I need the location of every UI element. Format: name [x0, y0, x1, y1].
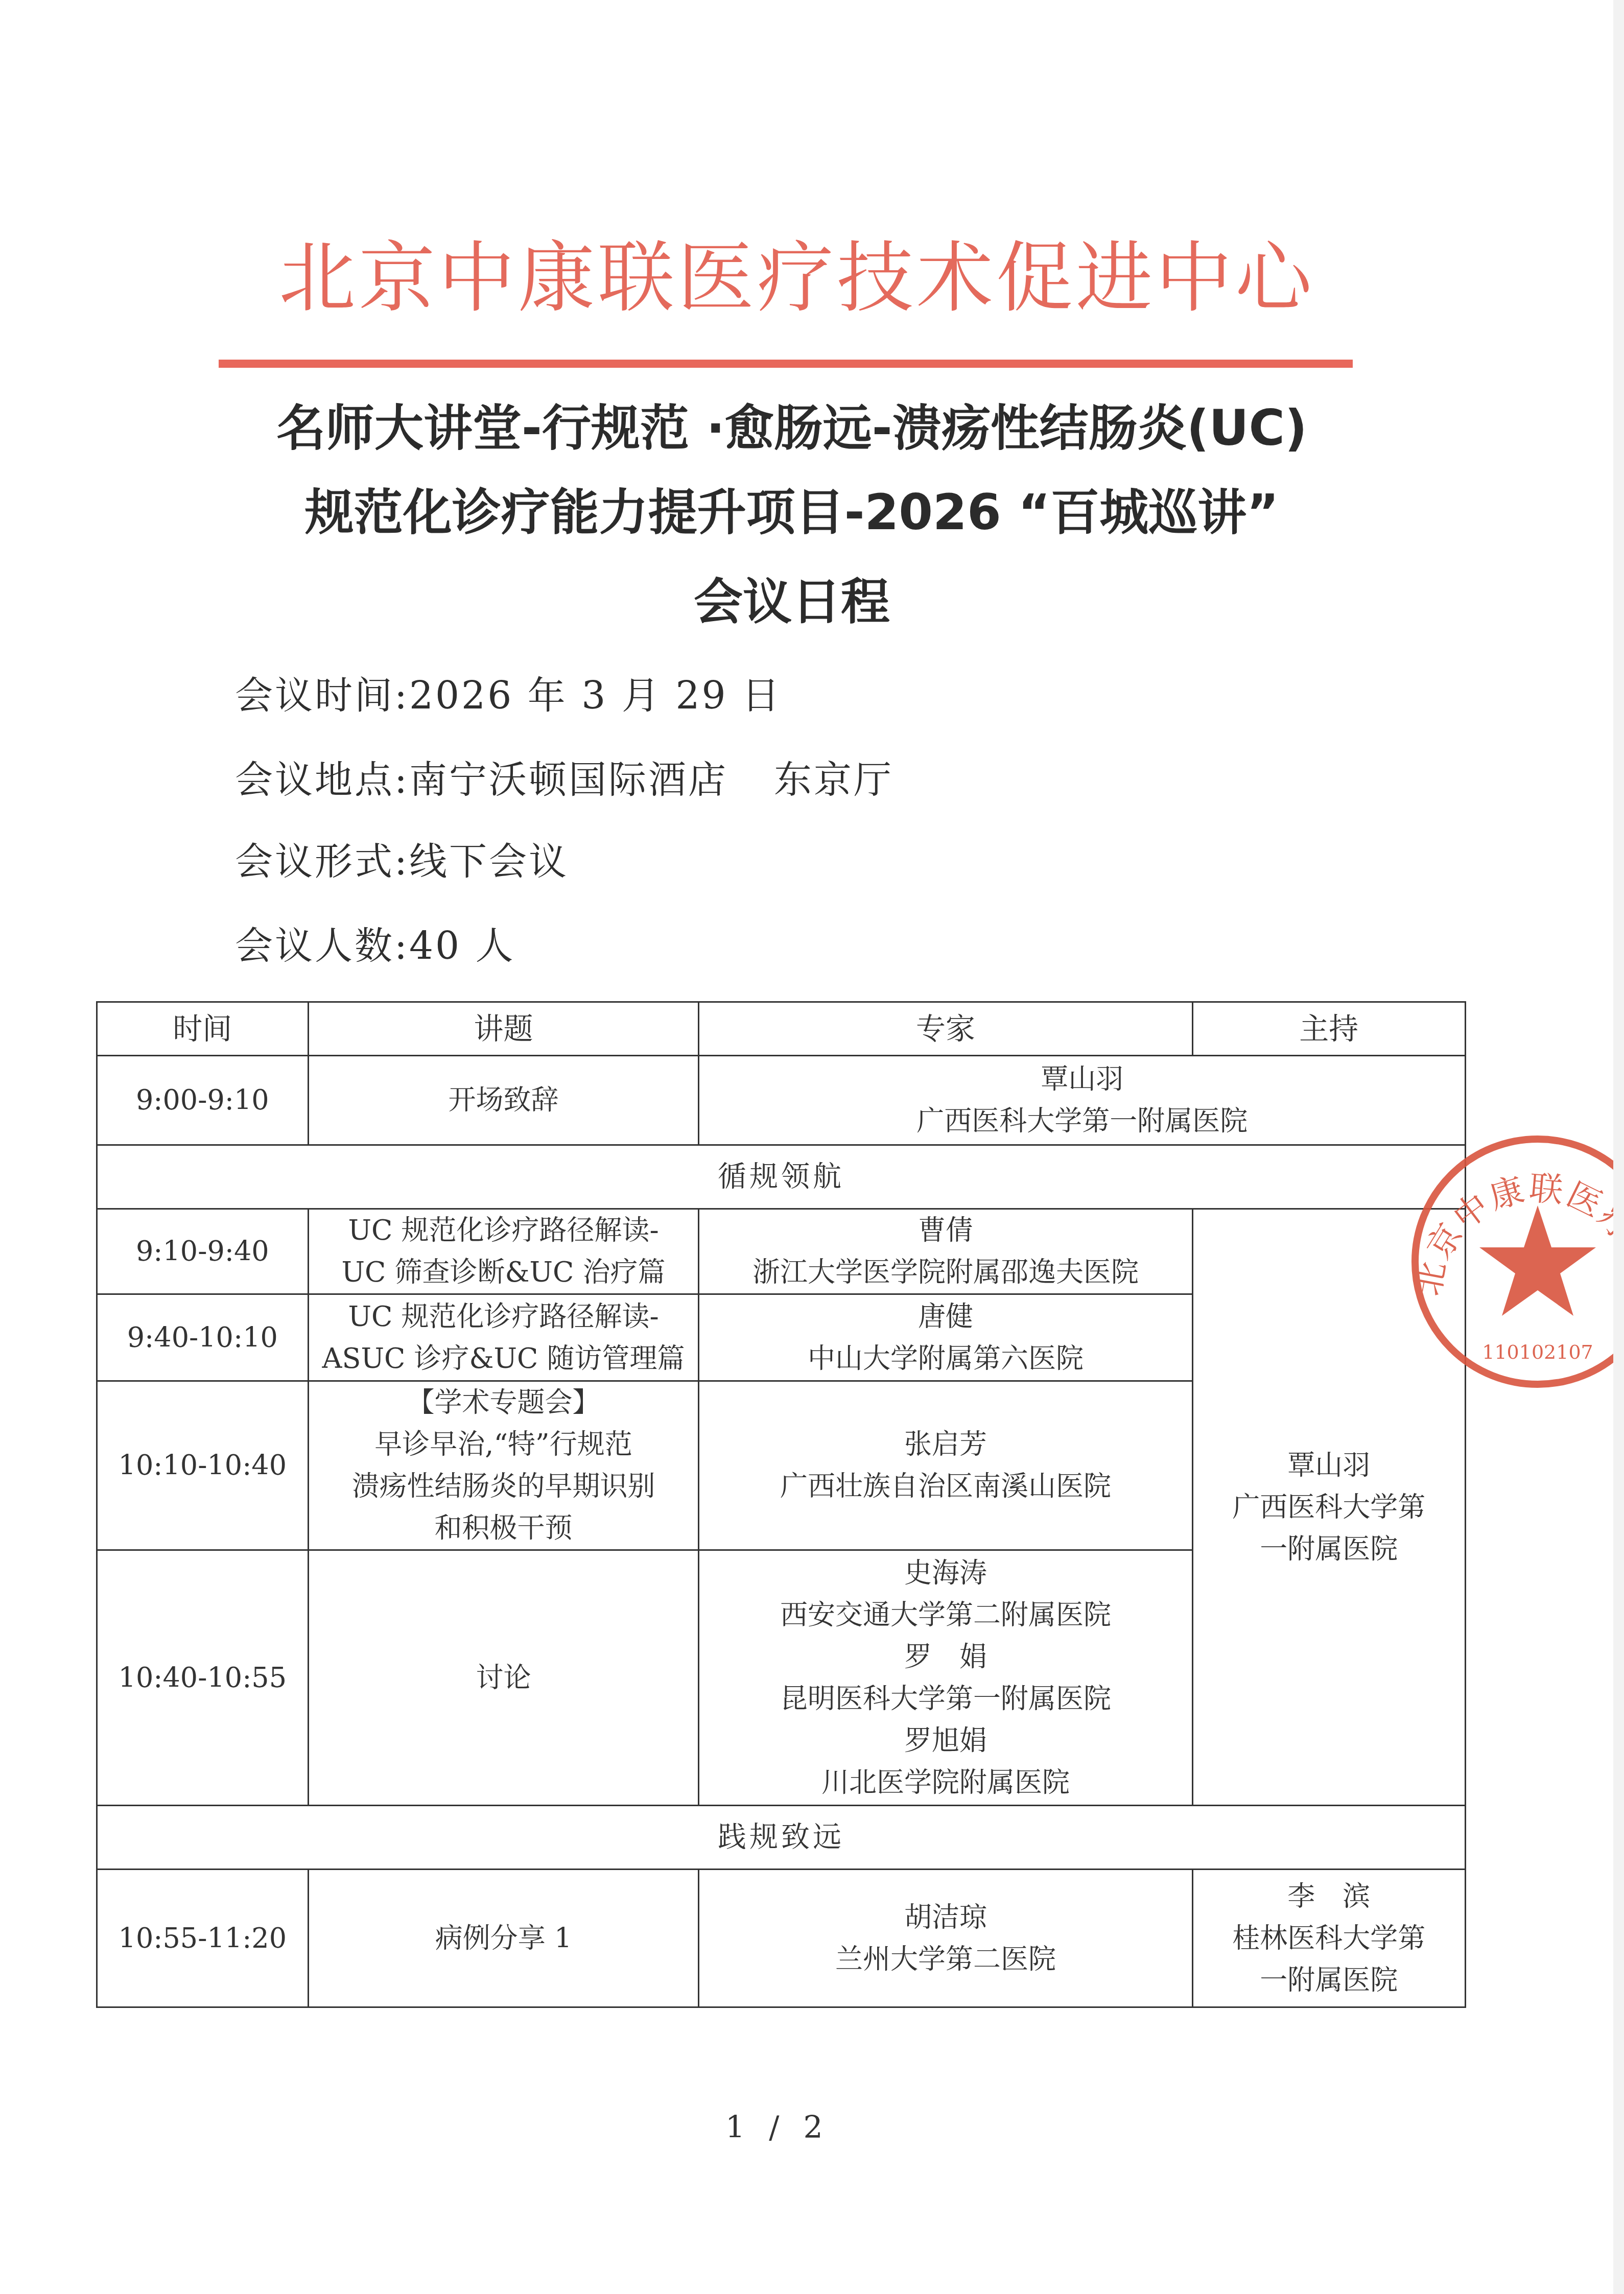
- expert-name: 张启芳: [704, 1424, 1186, 1465]
- host-org: 桂林医科大学第: [1198, 1918, 1460, 1959]
- agenda-table: 时间 讲题 专家 主持 9:00-9:10 开场致辞 覃山羽 广西医科大学第一附…: [96, 1001, 1466, 2008]
- host-name: 李 滨: [1198, 1876, 1460, 1918]
- cell-host: 李 滨 桂林医科大学第 一附属医院: [1192, 1870, 1465, 2007]
- organization-letterhead: 北京中康联医疗技术促进中心: [220, 240, 1374, 317]
- cell-time: 10:10-10:40: [97, 1381, 309, 1550]
- expert-org: 兰州大学第二医院: [704, 1938, 1186, 1980]
- meeting-format-value: 线下会议: [409, 840, 569, 884]
- expert-name: 罗旭娟: [704, 1720, 1186, 1762]
- meeting-place-value: 南宁沃顿国际酒店: [409, 758, 728, 802]
- expert-org: 川北医学院附属医院: [704, 1762, 1186, 1804]
- page-number: 1 / 2: [725, 2110, 830, 2145]
- host-org: 一附属医院: [1198, 1959, 1460, 2001]
- cell-expert: 覃山羽 广西医科大学第一附属医院: [699, 1056, 1466, 1145]
- host-name: 覃山羽: [1198, 1445, 1460, 1486]
- meeting-count-label: 会议人数:: [235, 924, 409, 968]
- meeting-time: 会议时间:2026 年 3 月 29 日: [235, 677, 782, 715]
- expert-name: 胡洁琼: [704, 1897, 1186, 1938]
- cell-expert: 胡洁琼 兰州大学第二医院: [699, 1870, 1192, 2007]
- cell-topic: 讨论: [308, 1550, 699, 1806]
- header-topic: 讲题: [308, 1002, 699, 1056]
- document-title-line-1: 名师大讲堂-行规范 ·愈肠远-溃疡性结肠炎(UC): [153, 404, 1430, 453]
- meeting-count-value: 40 人: [409, 924, 515, 968]
- cell-host: 覃山羽 广西医科大学第 一附属医院: [1192, 1209, 1465, 1806]
- cell-time: 9:00-9:10: [97, 1056, 309, 1145]
- host-org: 广西医科大学第: [1198, 1486, 1460, 1528]
- cell-time: 9:40-10:10: [97, 1294, 309, 1381]
- topic-line: UC 规范化诊疗路径解读-: [314, 1296, 693, 1338]
- header-expert: 专家: [699, 1002, 1192, 1056]
- cell-expert: 唐健 中山大学附属第六医院: [699, 1294, 1192, 1381]
- cell-expert: 张启芳 广西壮族自治区南溪山医院: [699, 1381, 1192, 1550]
- section-row-2: 践规致远: [97, 1806, 1466, 1870]
- meeting-place-room: 东京厅: [774, 758, 893, 802]
- topic-line: 溃疡性结肠炎的早期识别: [314, 1465, 693, 1507]
- expert-name: 唐健: [704, 1296, 1186, 1338]
- topic-line: UC 规范化诊疗路径解读-: [314, 1210, 693, 1251]
- topic-line: 和积极干预: [314, 1507, 693, 1549]
- table-header-row: 时间 讲题 专家 主持: [97, 1002, 1466, 1056]
- table-row-opening: 9:00-9:10 开场致辞 覃山羽 广西医科大学第一附属医院: [97, 1056, 1466, 1145]
- cell-time: 10:55-11:20: [97, 1870, 309, 2007]
- host-org: 一附属医院: [1198, 1528, 1460, 1570]
- cell-topic: UC 规范化诊疗路径解读- ASUC 诊疗&UC 随访管理篇: [308, 1294, 699, 1381]
- header-time: 时间: [97, 1002, 309, 1056]
- document-subtitle-agenda: 会议日程: [153, 577, 1430, 626]
- section-title: 循规领航: [97, 1145, 1466, 1209]
- section-title: 践规致远: [97, 1806, 1466, 1870]
- seal-number: 110102107: [1482, 1341, 1593, 1363]
- expert-org: 广西壮族自治区南溪山医院: [704, 1465, 1186, 1507]
- meeting-time-value: 2026 年 3 月 29 日: [409, 674, 782, 718]
- letterhead-divider: [219, 360, 1353, 368]
- expert-org: 昆明医科大学第一附属医院: [704, 1678, 1186, 1720]
- star-icon: [1479, 1205, 1596, 1316]
- meeting-format-label: 会议形式:: [235, 840, 409, 884]
- meeting-place: 会议地点:南宁沃顿国际酒店东京厅: [235, 761, 893, 799]
- meeting-place-label: 会议地点:: [235, 758, 409, 802]
- expert-name: 覃山羽: [704, 1058, 1460, 1100]
- header-host: 主持: [1192, 1002, 1465, 1056]
- table-row: 9:10-9:40 UC 规范化诊疗路径解读- UC 筛查诊断&UC 治疗篇 曹…: [97, 1209, 1466, 1294]
- table-row-case: 10:55-11:20 病例分享 1 胡洁琼 兰州大学第二医院 李 滨 桂林医科…: [97, 1870, 1466, 2007]
- document-title-line-2: 规范化诊疗能力提升项目-2026 “百城巡讲”: [153, 488, 1430, 537]
- cell-expert: 史海涛 西安交通大学第二附属医院 罗 娟 昆明医科大学第一附属医院 罗旭娟 川北…: [699, 1550, 1192, 1806]
- cell-time: 9:10-9:40: [97, 1209, 309, 1294]
- expert-org: 广西医科大学第一附属医院: [704, 1100, 1460, 1142]
- section-row-1: 循规领航: [97, 1145, 1466, 1209]
- cell-topic: 开场致辞: [308, 1056, 699, 1145]
- expert-org: 西安交通大学第二附属医院: [704, 1594, 1186, 1636]
- meeting-time-label: 会议时间:: [235, 674, 409, 718]
- expert-org: 中山大学附属第六医院: [704, 1338, 1186, 1380]
- topic-line: ASUC 诊疗&UC 随访管理篇: [314, 1338, 693, 1380]
- expert-name: 罗 娟: [704, 1636, 1186, 1678]
- topic-line: 早诊早治,“特”行规范: [314, 1424, 693, 1465]
- cell-time: 10:40-10:55: [97, 1550, 309, 1806]
- cell-topic: 病例分享 1: [308, 1870, 699, 2007]
- meeting-attendance: 会议人数:40 人: [235, 927, 515, 965]
- expert-name: 史海涛: [704, 1552, 1186, 1594]
- cell-topic: UC 规范化诊疗路径解读- UC 筛查诊断&UC 治疗篇: [308, 1209, 699, 1294]
- expert-name: 曹倩: [704, 1210, 1186, 1251]
- scan-edge: [1613, 0, 1624, 2294]
- topic-line: 【学术专题会】: [314, 1382, 693, 1424]
- cell-expert: 曹倩 浙江大学医学院附属邵逸夫医院: [699, 1209, 1192, 1294]
- cell-topic: 【学术专题会】 早诊早治,“特”行规范 溃疡性结肠炎的早期识别 和积极干预: [308, 1381, 699, 1550]
- topic-line: UC 筛查诊断&UC 治疗篇: [314, 1251, 693, 1293]
- expert-org: 浙江大学医学院附属邵逸夫医院: [704, 1251, 1186, 1293]
- meeting-format: 会议形式:线下会议: [235, 843, 569, 881]
